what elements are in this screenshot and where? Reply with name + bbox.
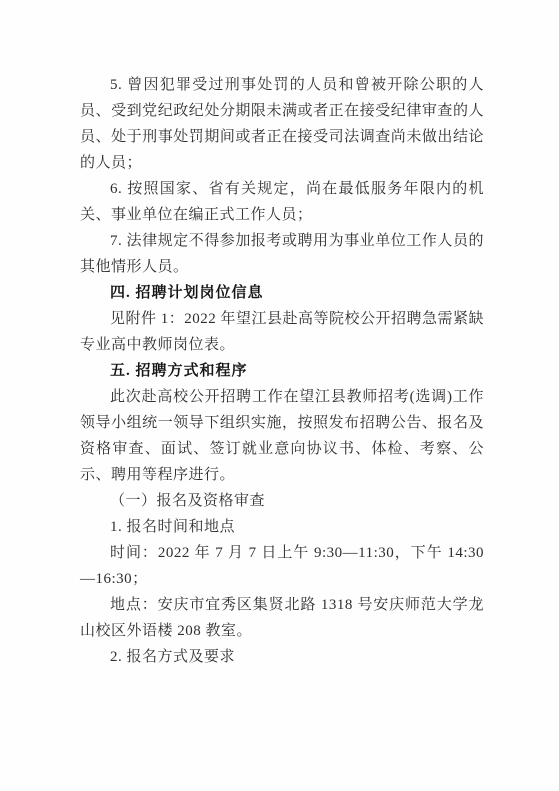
subheading-registration-time-place: 1. 报名时间和地点 [80, 514, 484, 540]
procedure-overview: 此次赴高校公开招聘工作在望江县教师招考(选调)工作领导小组统一领导下组织实施，按… [80, 384, 484, 488]
section-heading-5-recruitment-procedure: 五. 招聘方式和程序 [80, 358, 484, 384]
document-page: 5. 曾因犯罪受过刑事处罚的人员和曾被开除公职的人员、受到党纪政纪处分期限未满或… [0, 0, 559, 791]
registration-place: 地点：安庆市宜秀区集贤北路 1318 号安庆师范大学龙山校区外语楼 208 教室… [80, 592, 484, 644]
clause-item-6: 6. 按照国家、省有关规定，尚在最低服务年限内的机关、事业单位在编正式工作人员； [80, 176, 484, 228]
registration-time: 时间：2022 年 7 月 7 日上午 9:30—11:30，下午 14:30—… [80, 540, 484, 592]
subheading-registration-method: 2. 报名方式及要求 [80, 644, 484, 670]
document-body: 5. 曾因犯罪受过刑事处罚的人员和曾被开除公职的人员、受到党纪政纪处分期限未满或… [80, 72, 484, 670]
section-heading-4-recruitment-plan: 四. 招聘计划岗位信息 [80, 280, 484, 306]
subsection-heading-registration-review: （一）报名及资格审查 [80, 488, 484, 514]
clause-item-5: 5. 曾因犯罪受过刑事处罚的人员和曾被开除公职的人员、受到党纪政纪处分期限未满或… [80, 72, 484, 176]
attachment-reference: 见附件 1：2022 年望江县赴高等院校公开招聘急需紧缺专业高中教师岗位表。 [80, 306, 484, 358]
clause-item-7: 7. 法律规定不得参加报考或聘用为事业单位工作人员的其他情形人员。 [80, 228, 484, 280]
